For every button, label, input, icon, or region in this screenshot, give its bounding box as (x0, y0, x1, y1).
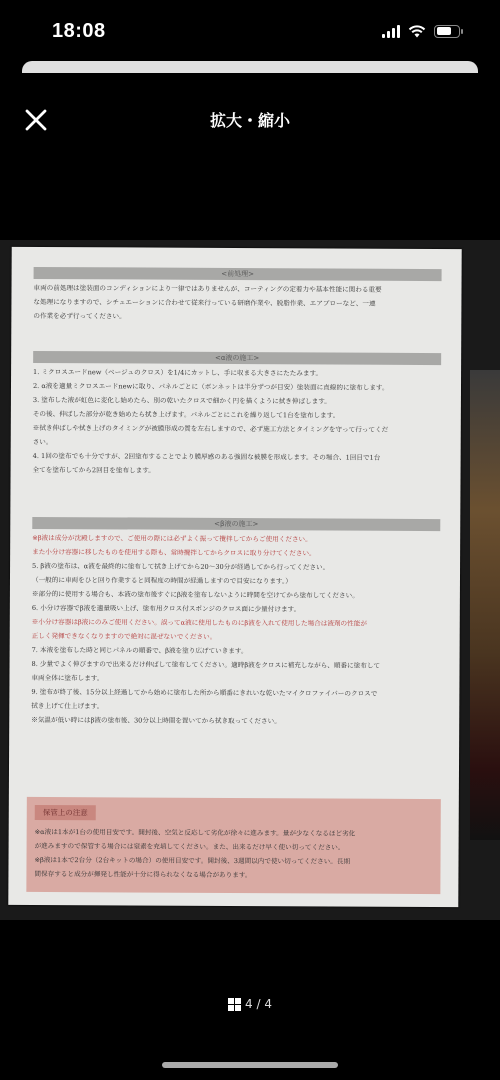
beta-text: ※β液は成分が沈殿しますので、ご使用の際には必ずよく振って攪拌してからご使用くだ… (31, 531, 381, 729)
notice-title: 保管上の注意 (35, 805, 96, 820)
status-bar: 18:08 (0, 0, 500, 60)
status-icons (382, 24, 460, 38)
photo-background (470, 370, 500, 840)
nav-bar: 拡大・縮小 (0, 100, 500, 140)
sheet-top-edge (22, 61, 478, 73)
alpha-text: 1. ミクロスエードnew（ベージュのクロス）を1/4にカットし、手に収まる大き… (33, 365, 389, 479)
page-indicator[interactable]: 4 / 4 (0, 997, 500, 1011)
signal-icon (382, 24, 400, 38)
wifi-icon (408, 25, 426, 38)
section-header-pretreatment: <前処理> (34, 267, 442, 281)
home-indicator[interactable] (162, 1062, 338, 1068)
page-count: 4 / 4 (245, 997, 272, 1011)
status-time: 18:08 (52, 20, 106, 43)
storage-notice-box: 保管上の注意 ※α液は1本が1台の使用目安です。開封後、空気と反応して劣化が徐々… (26, 797, 440, 894)
zoomable-photo[interactable]: <前処理> 車両の前処理は塗装面のコンディションにより一律ではありませんが、コー… (0, 240, 500, 920)
section-header-alpha: <α液の施工> (33, 351, 441, 365)
grid-icon (228, 998, 241, 1011)
notice-text: ※α液は1本が1台の使用目安です。開封後、空気と反応して劣化が徐々に進みます。量… (34, 825, 355, 883)
document-paper: <前処理> 車両の前処理は塗装面のコンディションにより一律ではありませんが、コー… (8, 247, 461, 907)
page-title: 拡大・縮小 (0, 108, 500, 131)
section-header-beta: <β液の施工> (32, 517, 440, 531)
pretreatment-text: 車両の前処理は塗装面のコンディションにより一律ではありませんが、コーティングの定… (33, 281, 381, 325)
battery-icon (434, 25, 460, 38)
